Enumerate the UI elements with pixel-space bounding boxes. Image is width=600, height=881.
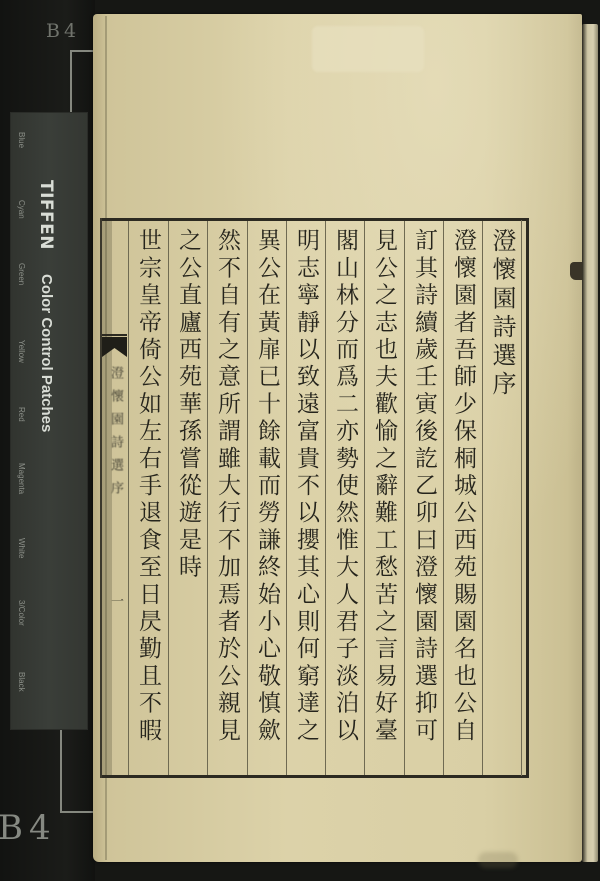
frame-label-bottom: B4: [0, 808, 57, 848]
text-column: 見公之志也夫歡愉之辭難工愁苦之言易好臺: [364, 228, 403, 776]
text-column: 世宗皇帝倚公如左右手退食至日昃勤且不暇: [128, 228, 167, 776]
patch-label-cyan: Cyan: [14, 200, 28, 219]
page-stain: [478, 852, 518, 868]
frame-border-top: [100, 218, 529, 221]
repair-tape: [312, 26, 424, 72]
text-column: 訂其詩續歲壬寅後訖乙卯曰澄懷園詩選抑可: [404, 228, 443, 776]
frame-border-right-inner: [521, 220, 522, 776]
preface-title: 澄懷園詩選序: [482, 228, 521, 776]
tiffen-logo: TIFFEN: [34, 180, 58, 270]
patch-label-red: Red: [14, 407, 28, 422]
text-column: 之公直廬西苑華孫嘗從遊是時: [168, 228, 207, 776]
page-tear-notch: [570, 262, 582, 280]
patch-label-3color: 3/Color: [14, 600, 28, 626]
frame-bracket-bottom-horizontal: [60, 811, 94, 813]
fold-page-number: 一: [107, 594, 124, 614]
patch-label-white: White: [14, 538, 28, 558]
fold-title: 澄懷園詩選序: [107, 366, 124, 516]
fishtail-mark-icon: [102, 334, 127, 358]
text-column: 澄懷園者吾師少保桐城公西苑賜園名也公自: [443, 228, 482, 776]
frame-label-top: B4: [46, 20, 80, 42]
patch-label-black: Black: [14, 672, 28, 692]
color-strip-title: Color Control Patches: [34, 274, 58, 484]
frame-bracket-bottom-vertical: [60, 730, 62, 813]
patch-label-green: Green: [14, 263, 28, 285]
text-column: 閣山林分而爲二亦勢使然惟大人君子淡泊以: [325, 228, 364, 776]
patch-label-yellow: Yellow: [14, 340, 28, 363]
patch-label-blue: Blue: [14, 132, 28, 148]
adjacent-page-edge: [582, 24, 598, 862]
text-column: 然不自有之意所謂雖大行不加焉者於公親見: [207, 228, 246, 776]
frame-border-right: [526, 218, 529, 778]
patch-label-magenta: Magenta: [14, 463, 28, 494]
frame-bracket-top-vertical: [70, 50, 72, 112]
frame-border-left: [100, 218, 102, 778]
text-column: 異公在黃扉已十餘載而勞謙終始小心敬慎歛: [247, 228, 286, 776]
text-column: 明志寧靜以致遠富貴不以攖其心則何窮達之: [286, 228, 325, 776]
